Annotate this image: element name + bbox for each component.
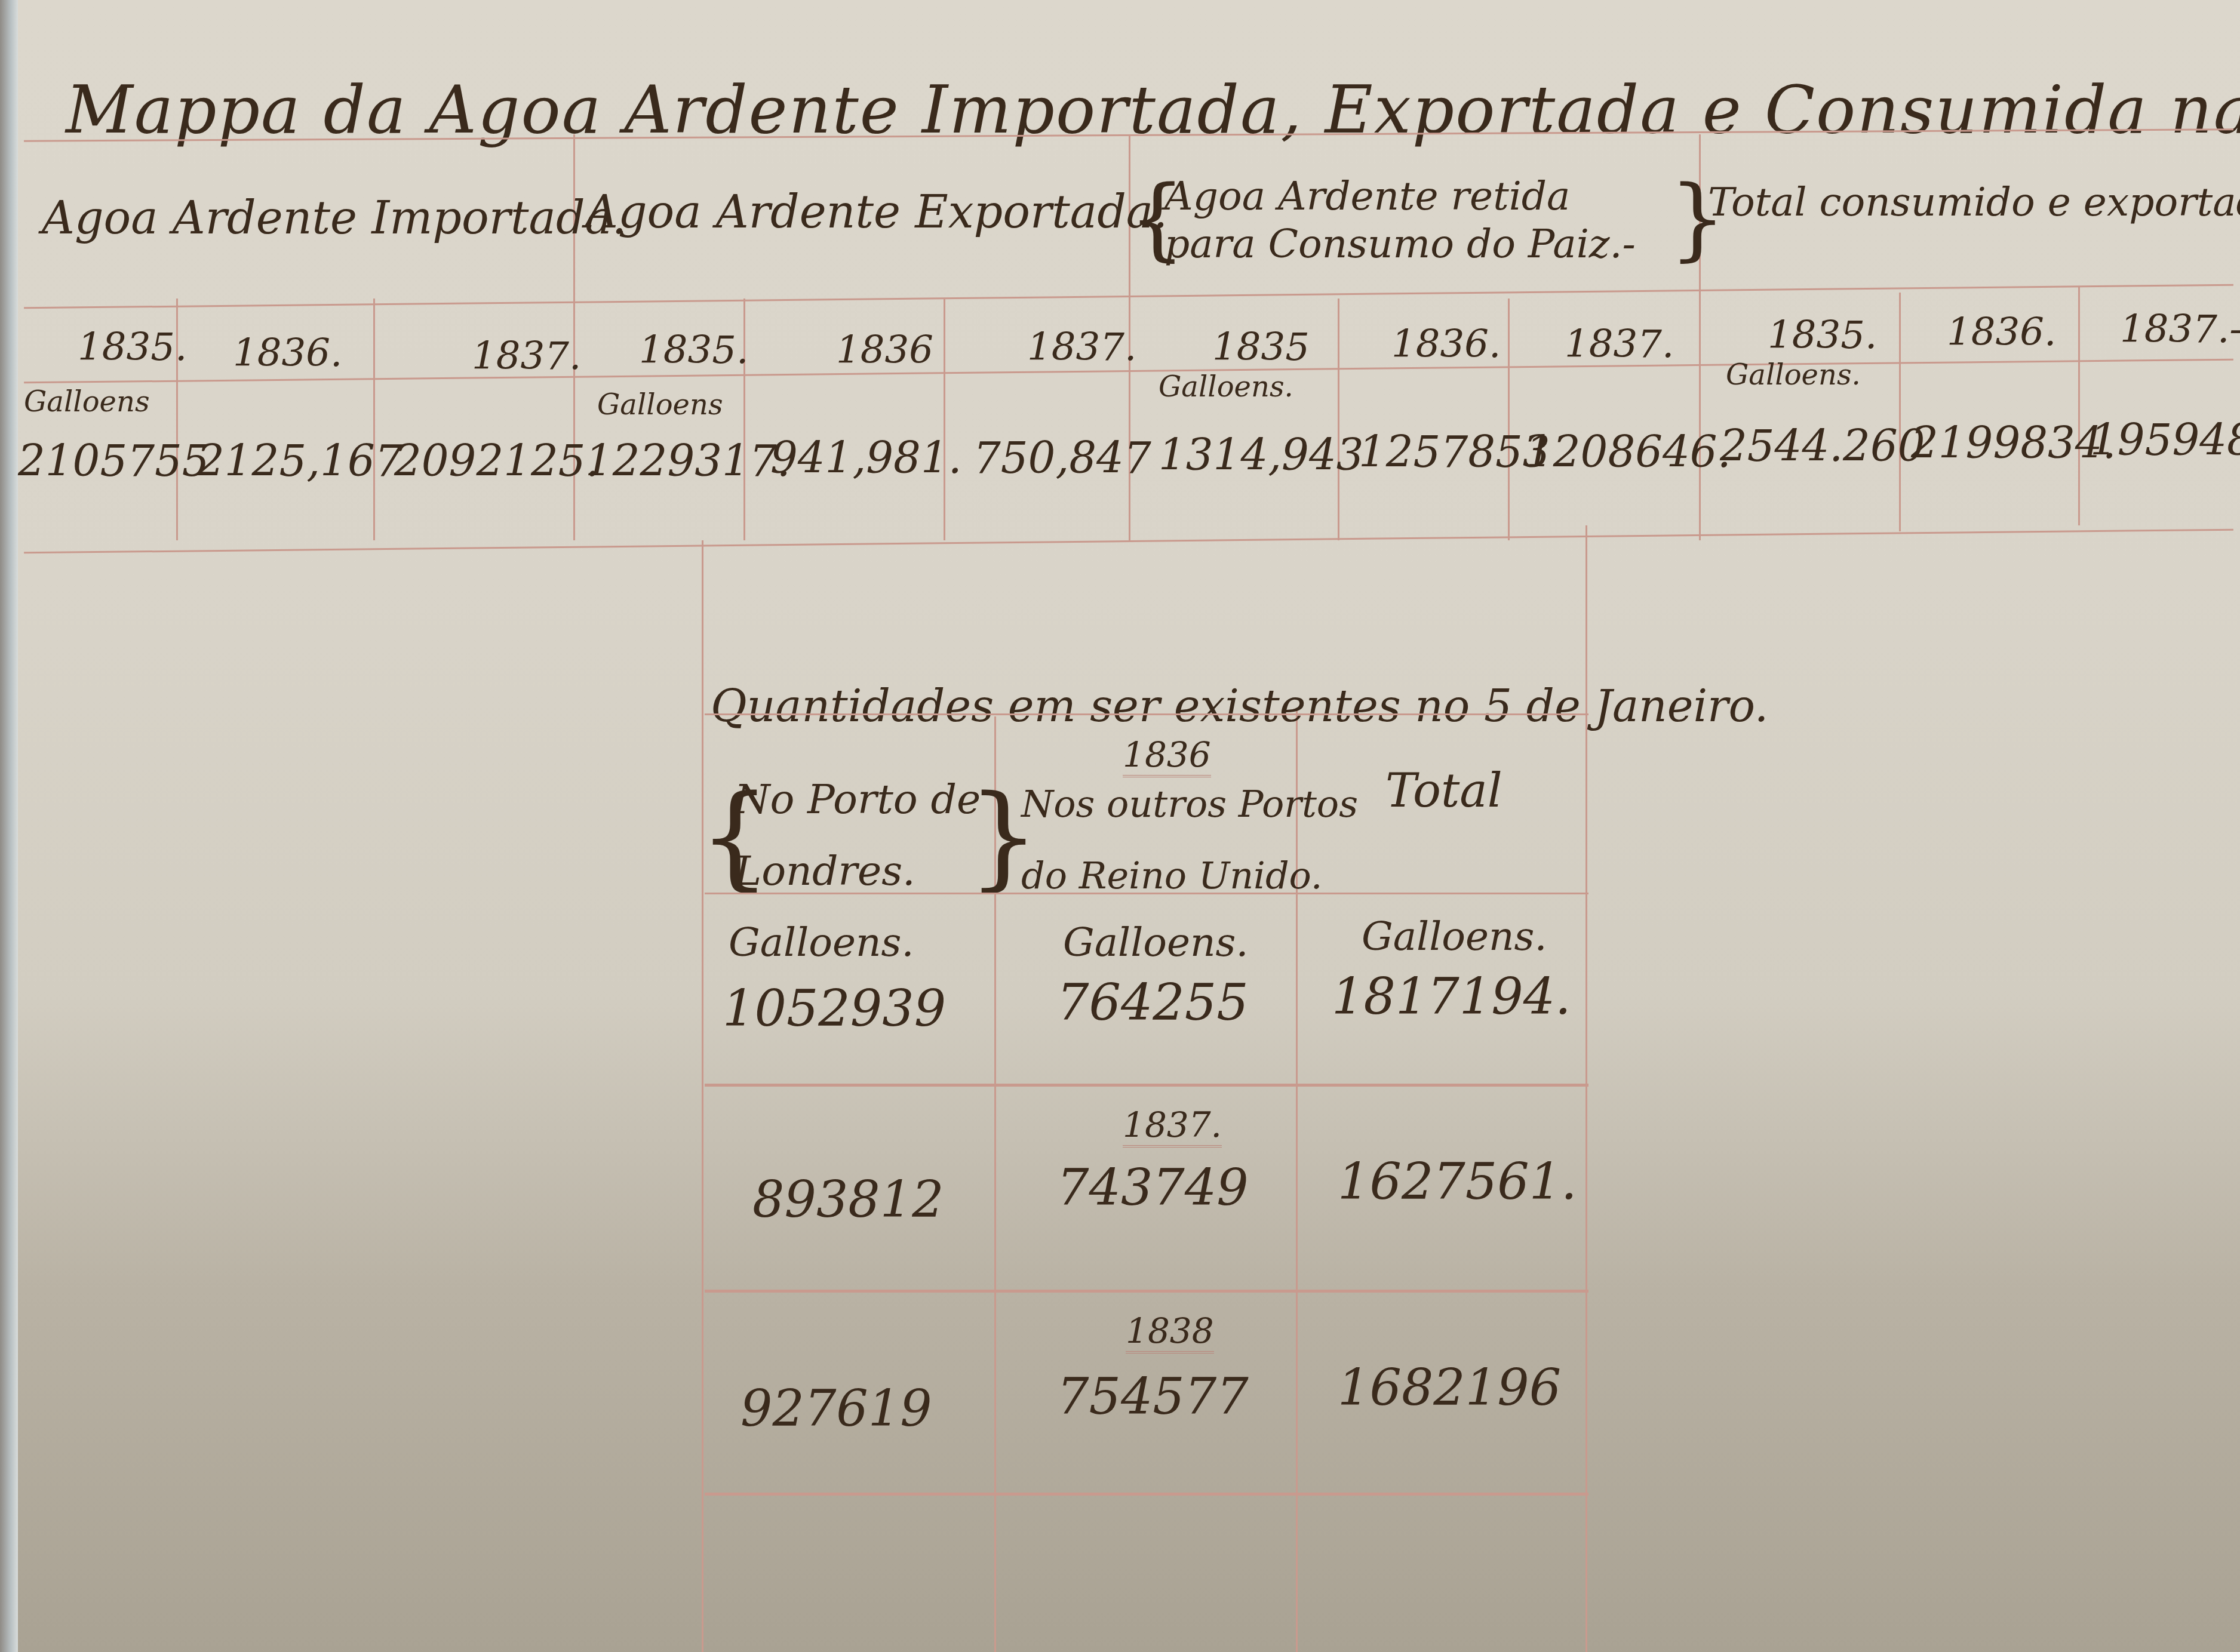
group-header-imported: Agoa Ardente Importada. [42, 191, 626, 244]
value-cell: 750,847 [973, 433, 1151, 483]
group-header-retained-2: para Consumo do Paiz.- [1164, 221, 1636, 267]
unit-label: Galloens [24, 385, 150, 419]
stock-value: 754577 [1057, 1367, 1249, 1426]
stock-col-header-other: Nos outros Portos [1021, 782, 1358, 826]
row-divider [705, 1290, 1588, 1293]
col-line [373, 299, 375, 540]
col-line [1899, 293, 1901, 531]
stock-header-divider [705, 893, 1588, 894]
stock-table-title: Quantidades em ser existentes no 5 de Ja… [711, 681, 1768, 732]
value-cell: 2092125. [394, 436, 600, 486]
value-cell: 1229317. [585, 436, 791, 486]
year-label: 1836. [233, 331, 342, 376]
year-label: 1836. [1391, 322, 1501, 367]
year-label: 1837.- [2120, 307, 2240, 352]
year-label: 1837. [1565, 322, 1674, 367]
book-edge [0, 0, 18, 1652]
year-label: 1836 [836, 328, 933, 373]
value-cell: 1314,943 [1159, 430, 1364, 480]
value-cell: 1257853 [1359, 427, 1550, 477]
year-label: 1837. [472, 334, 581, 379]
stock-value: 1682196 [1338, 1358, 1561, 1417]
stock-col-header-other-2: do Reino Unido. [1021, 854, 1323, 897]
value-cell: 2105755 [18, 436, 210, 486]
year-label: 1835. [1768, 313, 1877, 358]
group-header-retained-1: Agoa Ardente retida [1164, 173, 1570, 219]
value-cell: 2125,167 [197, 436, 402, 486]
unit-label: Galloens. [1726, 358, 1861, 392]
stock-value: 1052939 [723, 979, 946, 1038]
unit-label: Galloens. [1063, 919, 1248, 965]
unit-label: Galloens. [1159, 370, 1293, 404]
stock-value: 927619 [740, 1379, 932, 1438]
col-line [1508, 299, 1510, 540]
unit-label: Galloens. [729, 919, 914, 965]
stock-value: 743749 [1057, 1158, 1249, 1217]
group-header-total: Total consumido e exportado. [1708, 179, 2240, 225]
stock-year-1838: 1838 [1126, 1310, 1214, 1353]
col-line [944, 299, 945, 540]
stock-left-line [702, 540, 703, 1652]
value-cell: 2199834. [1911, 418, 2116, 468]
stock-col-header-london-2: Londres. [735, 848, 915, 895]
value-cell: 941,981. [770, 433, 962, 483]
year-label: 1835. [78, 325, 187, 370]
year-label: 1836. [1947, 310, 2056, 355]
value-cell: 2544.260 [1720, 421, 1925, 471]
stock-table-bottom [705, 1493, 1588, 1496]
manuscript-page: Mappa da Agoa Ardente Importada, Exporta… [18, 0, 2240, 1652]
col-line [2078, 287, 2080, 525]
stock-col-header-london: No Porto de [735, 776, 981, 823]
group-header-exported: Agoa Ardente Exportada. [585, 185, 1167, 238]
year-label: 1837. [1027, 325, 1136, 370]
col-line [1338, 299, 1339, 540]
stock-value: 893812 [752, 1170, 944, 1229]
stock-year-1837: 1837. [1123, 1105, 1222, 1148]
page-title: Mappa da Agoa Ardente Importada, Exporta… [66, 72, 2240, 148]
value-cell: 1959489 [2090, 415, 2240, 465]
stock-value: 764255 [1057, 973, 1249, 1032]
stock-col-line [1296, 710, 1298, 1652]
unit-label: Galloens [597, 388, 723, 422]
stock-value: 1817194. [1332, 967, 1571, 1026]
unit-label: Galloens. [1362, 913, 1547, 959]
year-label: 1835. [639, 328, 748, 373]
stock-value: 1627561. [1338, 1152, 1577, 1211]
row-divider [705, 1084, 1588, 1087]
year-label: 1835 [1212, 325, 1310, 370]
stock-col-header-total: Total [1385, 764, 1502, 818]
stock-year-1836: 1836 [1123, 734, 1211, 777]
value-cell: 1208646. [1526, 427, 1731, 477]
stock-title-underline [705, 713, 1588, 715]
